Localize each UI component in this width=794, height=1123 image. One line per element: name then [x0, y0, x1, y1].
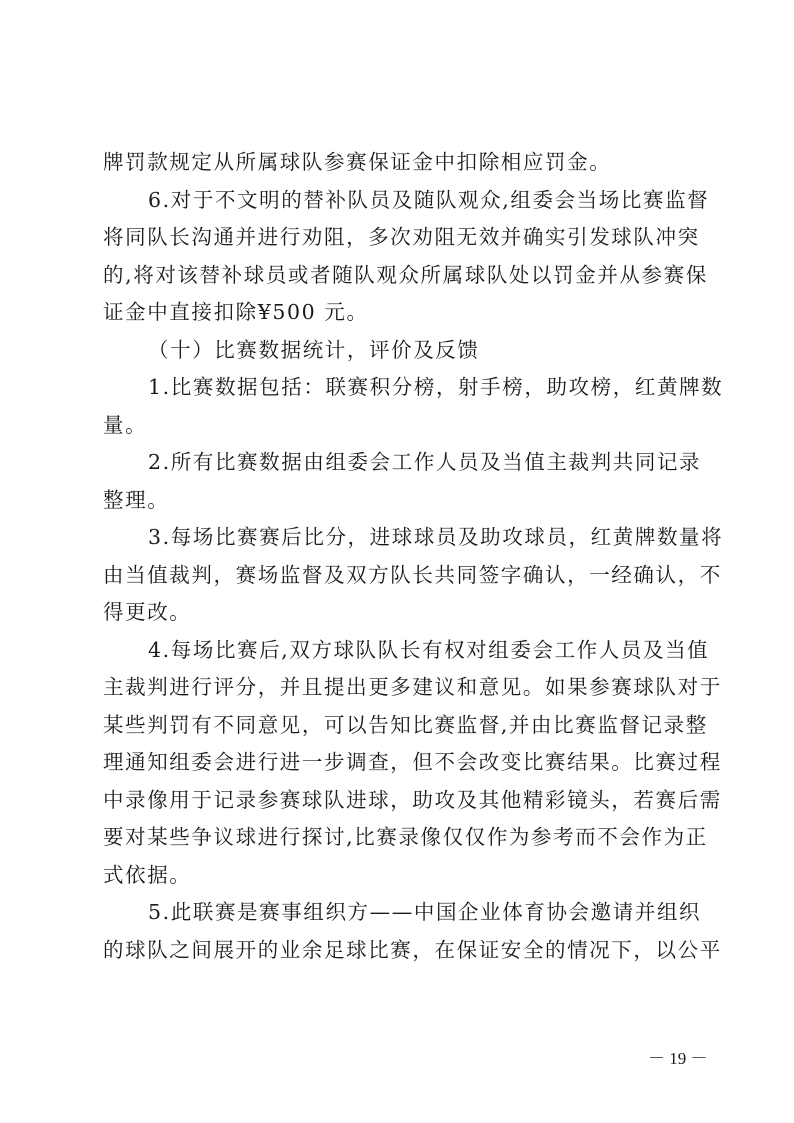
text-line: 量。: [103, 407, 691, 445]
page-number: － 19 －: [648, 1044, 708, 1069]
text-line: 的球队之间展开的业余足球比赛，在保证安全的情况下，以公平: [103, 932, 691, 970]
text-line: 将同队长沟通并进行劝阻，多次劝阻无效并确实引发球队冲突: [103, 219, 691, 257]
text-line: 3.每场比赛赛后比分，进球球员及助攻球员，红黄牌数量将: [103, 519, 691, 557]
text-line: 1.比赛数据包括：联赛积分榜，射手榜，助攻榜，红黄牌数: [103, 369, 691, 407]
text-line: 的,将对该替补球员或者随队观众所属球队处以罚金并从参赛保: [103, 257, 691, 295]
text-line: 要对某些争议球进行探讨,比赛录像仅仅作为参考而不会作为正: [103, 819, 691, 857]
text-line: 理通知组委会进行进一步调查，但不会改变比赛结果。比赛过程: [103, 744, 691, 782]
text-line: 式依据。: [103, 857, 691, 895]
text-line: 得更改。: [103, 594, 691, 632]
document-body: 牌罚款规定从所属球队参赛保证金中扣除相应罚金。 6.对于不文明的替补队员及随队观…: [103, 144, 691, 969]
text-line: 主裁判进行评分，并且提出更多建议和意见。如果参赛球队对于: [103, 669, 691, 707]
text-line: 4.每场比赛后,双方球队队长有权对组委会工作人员及当值: [103, 632, 691, 670]
text-line: 2.所有比赛数据由组委会工作人员及当值主裁判共同记录: [103, 444, 691, 482]
text-line: 整理。: [103, 482, 691, 520]
text-line: 5.此联赛是赛事组织方——中国企业体育协会邀请并组织: [103, 894, 691, 932]
text-line: 中录像用于记录参赛球队进球，助攻及其他精彩镜头，若赛后需: [103, 782, 691, 820]
text-line: 由当值裁判，赛场监督及双方队长共同签字确认，一经确认，不: [103, 557, 691, 595]
text-line: 牌罚款规定从所属球队参赛保证金中扣除相应罚金。: [103, 144, 691, 182]
section-heading: （十）比赛数据统计，评价及反馈: [103, 332, 691, 370]
text-line: 某些判罚有不同意见，可以告知比赛监督,并由比赛监督记录整: [103, 707, 691, 745]
text-line: 证金中直接扣除¥500 元。: [103, 294, 691, 332]
text-line: 6.对于不文明的替补队员及随队观众,组委会当场比赛监督: [103, 182, 691, 220]
